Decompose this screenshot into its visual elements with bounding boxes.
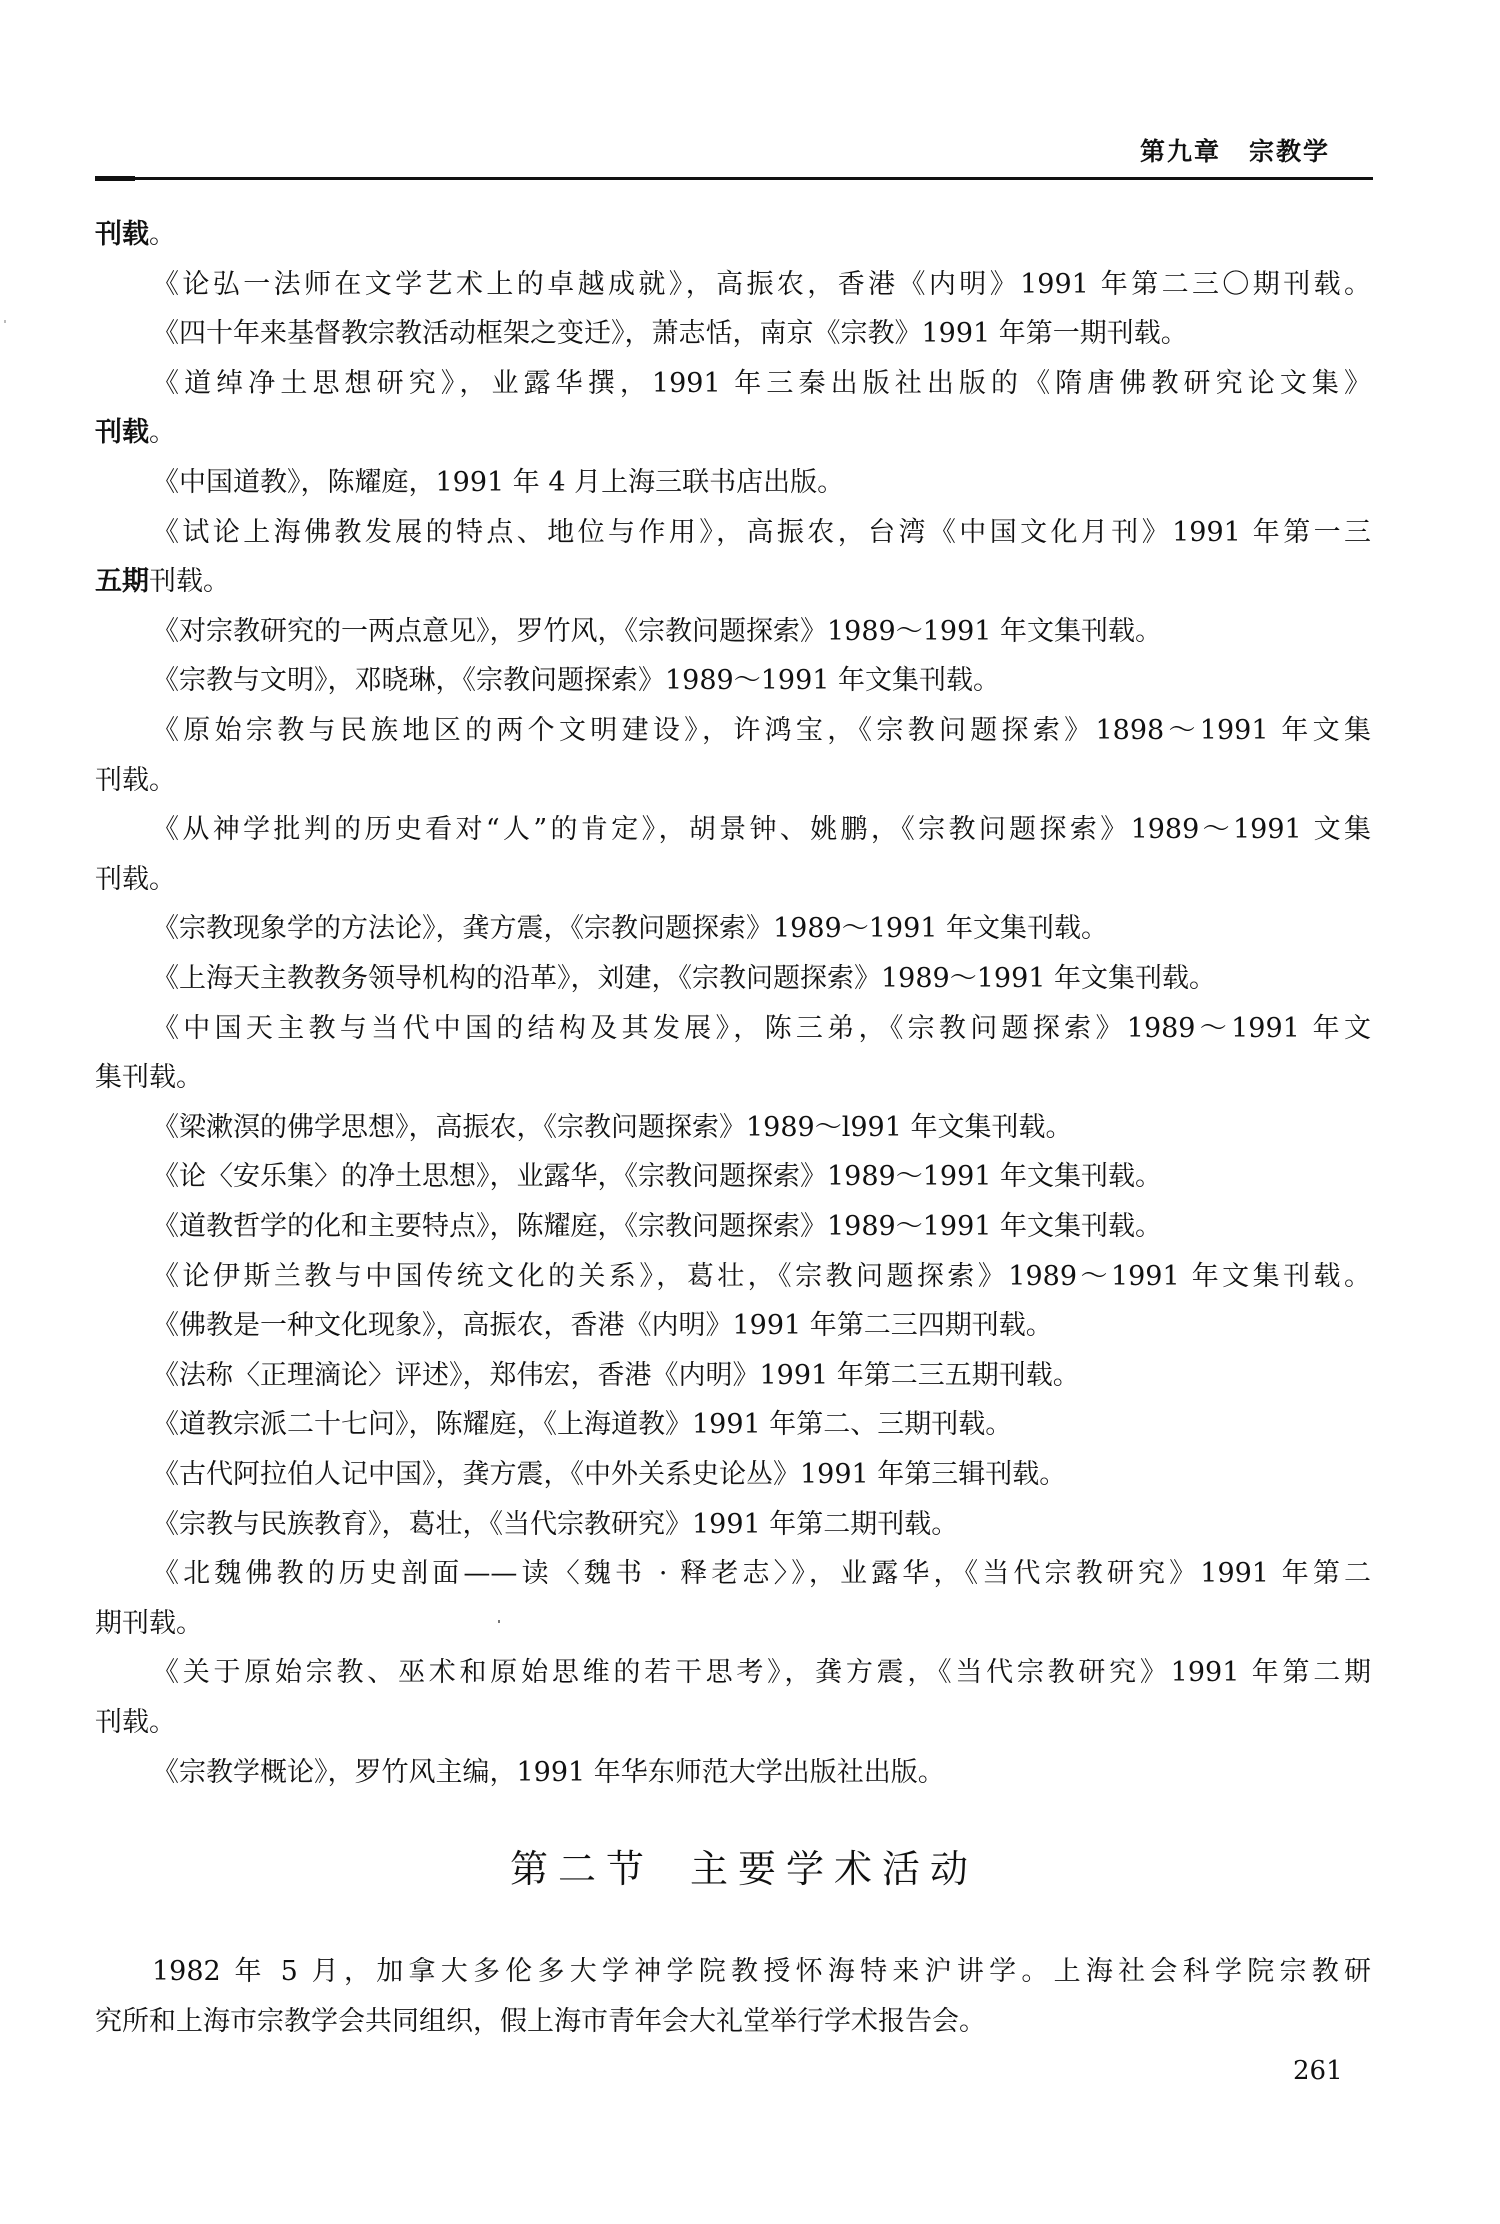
bibliography-entry: 《试论上海佛教发展的特点、地位与作用》，高振农，台湾《中国文化月刊》1991 年…: [152, 513, 1371, 553]
bibliography-continuation: 刊载。: [95, 860, 1371, 900]
bibliography-entry: 《论〈安乐集〉的净土思想》，业露华，《宗教问题探索》1989～1991 年文集刊…: [152, 1157, 1371, 1197]
bibliography-entry: 《原始宗教与民族地区的两个文明建设》，许鸿宝，《宗教问题探索》1898～1991…: [152, 711, 1371, 751]
section-heading: 第二节主要学术活动: [510, 1844, 950, 1894]
page-number: 261: [1293, 2054, 1343, 2088]
bibliography-entry: 《关于原始宗教、巫术和原始思维的若干思考》，龚方震，《当代宗教研究》1991 年…: [152, 1653, 1371, 1693]
bibliography-entry: 《宗教与文明》，邓晓琳，《宗教问题探索》1989～1991 年文集刊载。: [152, 661, 1371, 701]
entry-text: 。: [149, 417, 176, 448]
bibliography-entry: 《北魏佛教的历史剖面——读〈魏书 · 释老志〉》，业露华，《当代宗教研究》199…: [152, 1554, 1371, 1594]
bibliography-entry: 《对宗教研究的一两点意见》，罗竹风，《宗教问题探索》1989～1991 年文集刊…: [152, 612, 1371, 652]
bibliography-continuation: 刊载。: [95, 761, 1371, 801]
bibliography-entry: 《中国道教》，陈耀庭，1991 年 4 月上海三联书店出版。: [152, 463, 1371, 503]
bibliography-continuation: 五期刊载。: [95, 562, 1371, 602]
bibliography-entry: 《宗教现象学的方法论》，龚方震，《宗教问题探索》1989～1991 年文集刊载。: [152, 909, 1371, 949]
bibliography-entry: 《道教宗派二十七问》，陈耀庭，《上海道教》1991 年第二、三期刊载。: [152, 1405, 1371, 1445]
bibliography-continuation: 集刊载。: [95, 1058, 1371, 1098]
bibliography-entry: 《佛教是一种文化现象》，高振农，香港《内明》1991 年第二三四期刊载。: [152, 1306, 1371, 1346]
bibliography-entry: 《从神学批判的历史看对“人”的肯定》，胡景钟、姚鹏，《宗教问题探索》1989～1…: [152, 810, 1371, 850]
bibliography-entry: 《道绰净土思想研究》，业露华撰，1991 年三秦出版社出版的《隋唐佛教研究论文集…: [152, 364, 1371, 404]
bold-text: 刊载: [95, 417, 149, 448]
bibliography-continuation: 刊载。: [95, 413, 1371, 453]
scan-speck: [4, 320, 6, 323]
paragraph-line: 1982 年 5 月，加拿大多伦多大学神学院教授怀海特来沪讲学。上海社会科学院宗…: [152, 1952, 1371, 1992]
entry-text: 。: [149, 219, 176, 250]
chapter-number: 第九章: [1140, 137, 1221, 166]
bibliography-entry: 《古代阿拉伯人记中国》，龚方震，《中外关系史论丛》1991 年第三辑刊载。: [152, 1455, 1371, 1495]
bibliography-continuation: 刊载。: [95, 1703, 1371, 1743]
bibliography-entry: 《梁漱溟的佛学思想》，高振农，《宗教问题探索》1989～l991 年文集刊载。: [152, 1108, 1371, 1148]
bold-text: 五期: [95, 566, 149, 597]
section-number: 第二节: [510, 1847, 654, 1891]
bibliography-entry: 《宗教与民族教育》，葛壮，《当代宗教研究》1991 年第二期刊载。: [152, 1505, 1371, 1545]
entry-text: 刊载。: [149, 566, 230, 597]
bibliography-entry: 《四十年来基督教宗教活动框架之变迁》，萧志恬，南京《宗教》1991 年第一期刊载…: [152, 314, 1371, 354]
header-rule: [95, 177, 1373, 180]
bibliography-entry: 《论伊斯兰教与中国传统文化的关系》，葛壮，《宗教问题探索》1989～1991 年…: [152, 1257, 1371, 1297]
bibliography-continuation: 期刊载。: [95, 1604, 1371, 1644]
bibliography-entry: 《中国天主教与当代中国的结构及其发展》，陈三弟，《宗教问题探索》1989～199…: [152, 1009, 1371, 1049]
running-head: 第九章宗教学: [1140, 132, 1355, 168]
bibliography-entry: 《宗教学概论》，罗竹风主编，1991 年华东师范大学出版社出版。: [152, 1753, 1371, 1793]
section-title: 主要学术活动: [690, 1847, 978, 1891]
bold-text: 刊载: [95, 219, 149, 250]
bibliography-entry: 《上海天主教教务领导机构的沿革》，刘建，《宗教问题探索》1989～1991 年文…: [152, 959, 1371, 999]
paragraph-line: 究所和上海市宗教学会共同组织，假上海市青年会大礼堂举行学术报告会。: [95, 2002, 1371, 2042]
bibliography-entry: 《论弘一法师在文学艺术上的卓越成就》，高振农，香港《内明》1991 年第二三〇期…: [152, 265, 1371, 305]
bibliography-continuation: 刊载。: [95, 215, 1371, 255]
bibliography-entry: 《法称〈正理滴论〉评述》，郑伟宏，香港《内明》1991 年第二三五期刊载。: [152, 1356, 1371, 1396]
chapter-title: 宗教学: [1249, 137, 1330, 166]
bibliography-entry: 《道教哲学的化和主要特点》，陈耀庭，《宗教问题探索》1989～1991 年文集刊…: [152, 1207, 1371, 1247]
scan-speck: [498, 1620, 500, 1623]
